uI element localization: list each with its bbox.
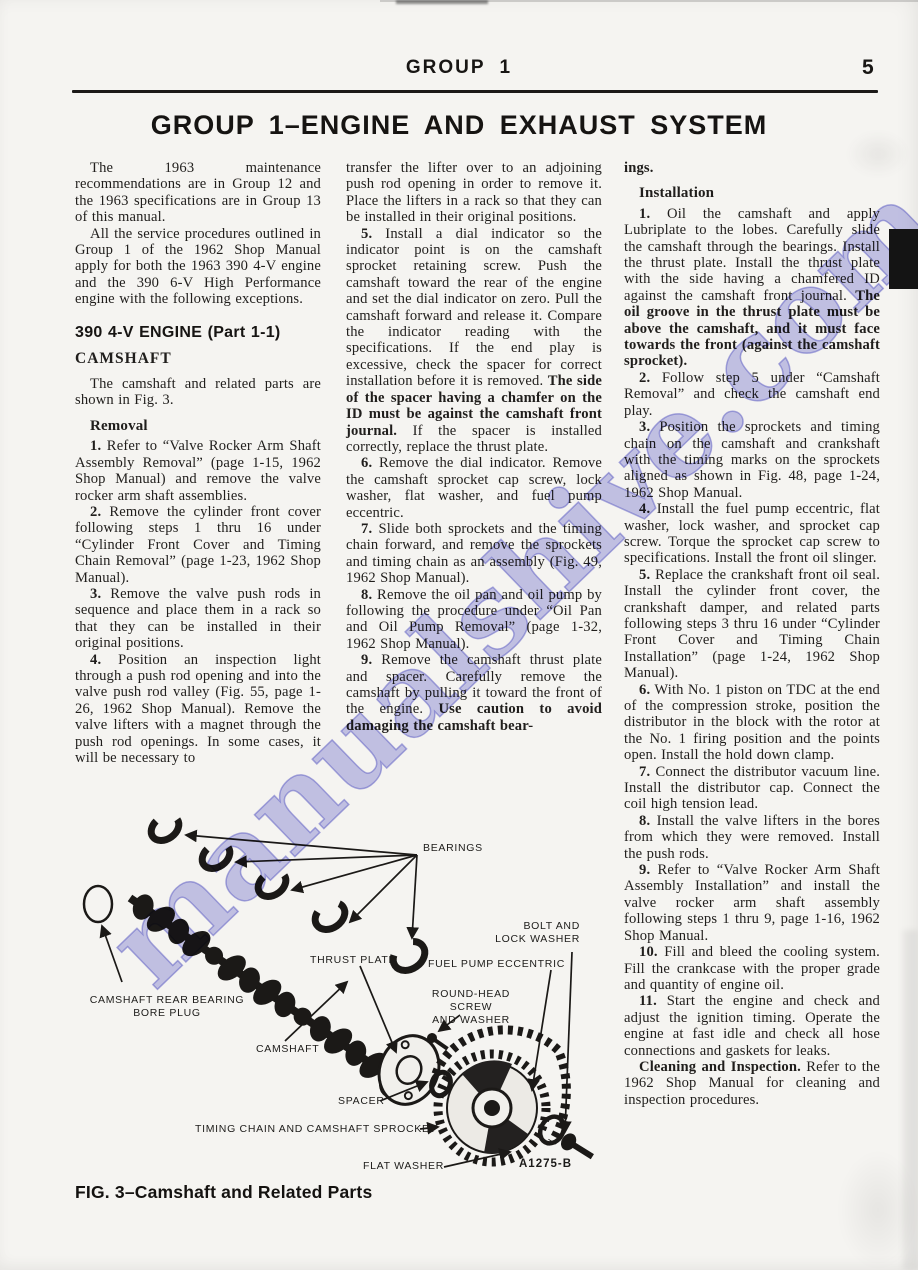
label-spacer: SPACER xyxy=(338,1095,385,1108)
text-run: Fill and bleed the cooling system. Fill … xyxy=(624,944,880,993)
bold-text: 6. xyxy=(361,455,372,471)
bold-text: 9. xyxy=(639,862,650,878)
paragraph: 2. Remove the cylinder front cover follo… xyxy=(75,504,321,586)
paragraph: 7. Connect the distributor vacuum line. … xyxy=(624,764,880,813)
bold-text: 7. xyxy=(361,521,372,537)
bold-text: 10. xyxy=(639,944,658,960)
figure-part-code: A1275-B xyxy=(519,1158,572,1171)
paragraph: 6. With No. 1 piston on TDC at the end o… xyxy=(624,682,880,764)
paragraph: 4. Position an inspection light through … xyxy=(75,652,321,767)
column-3: ings.Installation1. Oil the camshaft and… xyxy=(624,160,880,1108)
text-run: Refer to “Valve Rocker Arm Shaft Assembl… xyxy=(75,438,321,503)
paragraph: 10. Fill and bleed the cooling system. F… xyxy=(624,944,880,993)
paragraph: 3. Remove the valve push rods in sequenc… xyxy=(75,586,321,652)
bold-text: 5. xyxy=(639,567,650,583)
text-run: Remove the cylinder front cover followin… xyxy=(75,504,321,586)
bold-text: 1. xyxy=(639,206,650,222)
scan-artifact xyxy=(396,0,488,4)
text-run: With No. 1 piston on TDC at the end of t… xyxy=(624,682,880,764)
label-fuel-pump-eccentric: FUEL PUMP ECCENTRIC xyxy=(428,958,565,971)
text-run: Start the engine and check and adjust th… xyxy=(624,993,880,1058)
text-run: Remove the valve push rods in sequence a… xyxy=(75,586,321,651)
label-thrust-plate: THRUST PLATE xyxy=(310,954,396,967)
bearing-arrows xyxy=(186,835,417,938)
bold-text: 2. xyxy=(90,504,101,520)
paragraph: 1. Refer to “Valve Rocker Arm Shaft Asse… xyxy=(75,438,321,504)
bold-text: 5. xyxy=(361,226,372,242)
paragraph: transfer the lifter over to an adjoining… xyxy=(346,160,602,226)
label-round-head-screw: ROUND-HEAD SCREW AND WASHER xyxy=(412,988,530,1027)
paragraph: 5. Install a dial indicator so the indic… xyxy=(346,226,602,456)
manual-page: GROUP 1 5 GROUP 1–ENGINE AND EXHAUST SYS… xyxy=(0,0,918,1270)
text-run: Position the sprockets and timing chain … xyxy=(624,419,880,501)
paragraph: 7. Slide both sprockets and the timing c… xyxy=(346,521,602,587)
page-number: 5 xyxy=(862,56,874,80)
paragraph: 3. Position the sprockets and timing cha… xyxy=(624,419,880,501)
scan-artifact xyxy=(838,1150,918,1270)
bold-text: 9. xyxy=(361,652,372,668)
label-camshaft: CAMSHAFT xyxy=(256,1043,319,1056)
text-run: Install a dial indicator so the indicato… xyxy=(346,226,602,390)
label-bearings: BEARINGS xyxy=(423,842,483,855)
column-2: transfer the lifter over to an adjoining… xyxy=(346,160,602,734)
paragraph: All the service procedures outlined in G… xyxy=(75,226,321,308)
bold-text: Cleaning and Inspection. xyxy=(639,1059,801,1075)
paragraph: The camshaft and related parts are shown… xyxy=(75,376,321,409)
text-run: Follow step 5 under “Camshaft Removal” a… xyxy=(624,370,880,419)
bold-text: 4. xyxy=(639,501,650,517)
paragraph: 8. Install the valve lifters in the bore… xyxy=(624,813,880,862)
bold-text: 11. xyxy=(639,993,657,1009)
bold-text: 3. xyxy=(639,419,650,435)
text-run: Replace the crankshaft front oil seal. I… xyxy=(624,567,880,681)
scan-artifact xyxy=(846,130,910,178)
text-run: Remove the oil pan and oil pump by follo… xyxy=(346,587,602,652)
label-flat-washer: FLAT WASHER xyxy=(363,1160,444,1173)
column-1: The 1963 maintenance recommendations are… xyxy=(75,160,321,766)
paragraph: 1. Oil the camshaft and apply Lubriplate… xyxy=(624,206,880,370)
page-title: GROUP 1–ENGINE AND EXHAUST SYSTEM xyxy=(0,110,918,141)
paragraph: Cleaning and Inspection. Refer to the 19… xyxy=(624,1059,880,1108)
text-run: Install the fuel pump eccentric, flat wa… xyxy=(624,501,880,566)
figure-camshaft: BEARINGS BOLT AND LOCK WASHER FUEL PUMP … xyxy=(60,812,615,1212)
bold-text: 2. xyxy=(639,370,650,386)
text-run: Slide both sprockets and the timing chai… xyxy=(346,521,602,586)
text-run: Position an inspection light through a p… xyxy=(75,652,321,766)
bold-text: 3. xyxy=(90,586,101,602)
text-run: Refer to “Valve Rocker Arm Shaft Assembl… xyxy=(624,862,880,944)
paragraph: ings. xyxy=(624,160,880,176)
text-run: Oil the camshaft and apply Lubriplate to… xyxy=(624,206,880,304)
text-run: Remove the dial indicator. Remove the ca… xyxy=(346,455,602,520)
text-run: Install the valve lifters in the bores f… xyxy=(624,813,880,862)
paragraph: 5. Replace the crankshaft front oil seal… xyxy=(624,567,880,682)
bold-text: 7. xyxy=(639,764,650,780)
paragraph: 9. Refer to “Valve Rocker Arm Shaft Asse… xyxy=(624,862,880,944)
bold-text: ings. xyxy=(624,160,654,176)
paragraph: 4. Install the fuel pump eccentric, flat… xyxy=(624,501,880,567)
paragraph: 2. Follow step 5 under “Camshaft Removal… xyxy=(624,370,880,419)
bold-text: 8. xyxy=(639,813,650,829)
section-heading: CAMSHAFT xyxy=(75,351,321,367)
text-run: All the service procedures outlined in G… xyxy=(75,226,321,308)
text-run: The camshaft and related parts are shown… xyxy=(75,376,321,408)
paragraph: 9. Remove the camshaft thrust plate and … xyxy=(346,652,602,734)
running-header: GROUP 1 xyxy=(0,57,918,79)
paragraph: The 1963 maintenance recommendations are… xyxy=(75,160,321,226)
label-timing-chain-sprocket: TIMING CHAIN AND CAMSHAFT SPROCKET xyxy=(195,1123,437,1136)
label-rear-bearing-bore-plug: CAMSHAFT REAR BEARING BORE PLUG xyxy=(74,994,260,1020)
label-bolt-lock-washer: BOLT AND LOCK WASHER xyxy=(478,920,580,946)
paragraph: 11. Start the engine and check and adjus… xyxy=(624,993,880,1059)
sprocket-shape xyxy=(438,1054,546,1162)
section-heading: 390 4-V ENGINE (Part 1-1) xyxy=(75,323,321,342)
text-run: transfer the lifter over to an adjoining… xyxy=(346,160,602,225)
section-heading: Removal xyxy=(75,418,321,434)
paragraph: 8. Remove the oil pan and oil pump by fo… xyxy=(346,587,602,653)
thumb-index-tab xyxy=(889,229,918,289)
bore-plug-shape xyxy=(84,886,112,922)
bold-text: 6. xyxy=(639,682,650,698)
header-rule xyxy=(72,90,878,93)
section-heading: Installation xyxy=(624,185,880,201)
bold-text: 1. xyxy=(90,438,101,454)
bold-text: 8. xyxy=(361,587,372,603)
text-run: The 1963 maintenance recommendations are… xyxy=(75,160,321,225)
text-run: Connect the distributor vacuum line. Ins… xyxy=(624,764,880,813)
bold-text: 4. xyxy=(90,652,101,668)
paragraph: 6. Remove the dial indicator. Remove the… xyxy=(346,455,602,521)
